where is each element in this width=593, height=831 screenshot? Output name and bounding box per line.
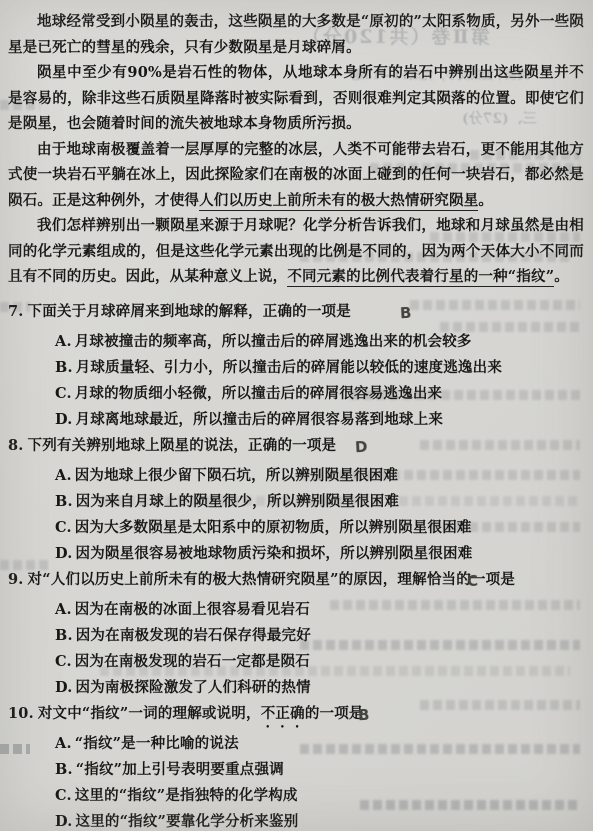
option-label: B.	[55, 493, 73, 510]
option-text: 月球质量轻、引力小，所以撞击后的碎屑能以较低的速度逃逸出来	[76, 359, 502, 376]
question-9-stem: 9.对“人们以历史上前所未有的极大热情研究陨星”的原因，理解恰当的一项是C	[8, 567, 584, 597]
option-d: D.月球离地球最近，所以撞击后的碎屑很容易落到地球上来	[8, 407, 584, 433]
option-c: C.因为大多数陨星是太阳系中的原初物质，所以辨别陨星很困难	[8, 515, 584, 541]
handwritten-answer: C	[466, 567, 479, 594]
question-number: 10.	[8, 705, 34, 722]
paragraph-text: 。	[478, 192, 493, 209]
option-c: C.因为在南极发现的岩石一定都是陨石	[8, 649, 584, 675]
option-text: 因为地球上很少留下陨石坑，所以辨别陨星很困难	[75, 467, 398, 484]
paragraph-text: 。	[554, 268, 569, 285]
option-b: B.月球质量轻、引力小，所以撞击后的碎屑能以较低的速度逃逸出来	[8, 355, 584, 381]
option-text: 因为来自月球上的陨星很少，所以辨别陨星很困难	[76, 493, 399, 510]
handwritten-answer: B	[399, 299, 412, 326]
option-c: C.这里的“指纹”是指独特的化学构成	[8, 783, 584, 809]
option-text: “指纹”是一种比喻的说法	[75, 735, 239, 752]
underlined-text: 人们以历史上前所未有的极大热情研究陨星	[199, 192, 478, 211]
option-label: A.	[55, 735, 72, 752]
option-label: B.	[55, 627, 73, 644]
option-text: 这里的“指纹”要靠化学分析来鉴别	[76, 813, 299, 830]
option-label: B.	[55, 761, 73, 778]
question-9: 9.对“人们以历史上前所未有的极大热情研究陨星”的原因，理解恰当的一项是C A.…	[8, 567, 584, 701]
passage-paragraph-3: 由于地球南极覆盖着一层厚厚的完整的冰层，人类不可能带去岩石，更不能用其他方式使一…	[8, 137, 584, 214]
question-number: 7.	[8, 303, 24, 320]
option-text: 月球被撞击的频率高，所以撞击后的碎屑逃逸出来的机会较多	[75, 333, 472, 350]
option-label: D.	[55, 813, 73, 830]
underlined-text: 不同元素的比例代表着行星的一种“指纹”	[287, 268, 554, 287]
option-d: D.因为南极探险激发了人们科研的热情	[8, 675, 584, 701]
passage-paragraph-2: 陨星中至少有90%是岩石性的物体，从地球本身所有的岩石中辨别出这些陨星并不是容易…	[8, 60, 584, 137]
option-label: B.	[55, 359, 73, 376]
option-label: C.	[55, 787, 72, 804]
question-10-stem: 10.对文中“指纹”一词的理解或说明，不正确的一项是B	[8, 701, 584, 731]
option-c: C.月球的物质细小轻微，所以撞击后的碎屑很容易逃逸出来	[8, 381, 584, 407]
exam-page-content: 地球经常受到小陨星的轰击，这些陨星的大多数是“原初的”太阳系物质，另外一些陨星是…	[0, 0, 593, 831]
option-text: 因为南极探险激发了人们科研的热情	[76, 679, 311, 696]
question-stem-text: 对“人们以历史上前所未有的极大热情研究陨星”的原因，理解恰当的一项是	[28, 571, 515, 588]
option-text: 月球离地球最近，所以撞击后的碎屑很容易落到地球上来	[76, 411, 444, 428]
option-text: 月球的物质细小轻微，所以撞击后的碎屑很容易逃逸出来	[75, 385, 443, 402]
option-label: D.	[55, 679, 73, 696]
question-7: 7.下面关于月球碎屑来到地球的解释，正确的一项是B A.月球被撞击的频率高，所以…	[8, 299, 584, 433]
handwritten-answer: D	[354, 433, 368, 460]
question-stem-text: 的一项是	[305, 705, 364, 722]
option-a: A.因为地球上很少留下陨石坑，所以辨别陨星很困难	[8, 463, 584, 489]
question-10: 10.对文中“指纹”一词的理解或说明，不正确的一项是B A.“指纹”是一种比喻的…	[8, 701, 584, 831]
passage-paragraph-4: 我们怎样辨别出一颗陨星来源于月球呢？化学分析告诉我们，地球和月球虽然是由相同的化…	[8, 213, 584, 290]
paragraph-text: 陨星中至少有90%是岩石性的物体，从地球本身所有的岩石中辨别出这些陨星并不是容易…	[8, 64, 584, 132]
option-a: A.因为在南极的冰面上很容易看见岩石	[8, 597, 584, 623]
option-label: C.	[55, 653, 72, 670]
question-8-stem: 8.下列有关辨别地球上陨星的说法，正确的一项是D	[8, 433, 584, 463]
option-label: D.	[55, 545, 73, 562]
option-text: 这里的“指纹”是指独特的化学构成	[75, 787, 298, 804]
option-a: A.月球被撞击的频率高，所以撞击后的碎屑逃逸出来的机会较多	[8, 329, 584, 355]
handwritten-answer: B	[357, 701, 370, 728]
option-label: C.	[55, 385, 72, 402]
option-b: B.“指纹”加上引号表明要重点强调	[8, 757, 584, 783]
passage-paragraph-1: 地球经常受到小陨星的轰击，这些陨星的大多数是“原初的”太阳系物质，另外一些陨星是…	[8, 9, 584, 60]
option-text: 因为大多数陨星是太阳系中的原初物质，所以辨别陨星很困难	[75, 519, 472, 536]
questions-section: 7.下面关于月球碎屑来到地球的解释，正确的一项是B A.月球被撞击的频率高，所以…	[8, 299, 584, 831]
paragraph-text: 地球经常受到小陨星的轰击，这些陨星的大多数是“原初的”太阳系物质，另外一些陨星是…	[8, 13, 584, 56]
emphasized-text: 不正确	[261, 705, 305, 722]
option-text: 因为在南极的冰面上很容易看见岩石	[75, 601, 310, 618]
question-stem-text: 下面关于月球碎屑来到地球的解释，正确的一项是	[28, 303, 351, 320]
option-b: B.因为在南极发现的岩石保存得最完好	[8, 623, 584, 649]
option-label: A.	[55, 467, 72, 484]
option-label: A.	[55, 601, 72, 618]
question-stem-text: 对文中“指纹”一词的理解或说明，	[38, 705, 261, 722]
option-label: A.	[55, 333, 72, 350]
option-label: C.	[55, 519, 72, 536]
option-text: 因为陨星很容易被地球物质污染和损坏，所以辨别陨星很困难	[76, 545, 473, 562]
question-7-stem: 7.下面关于月球碎屑来到地球的解释，正确的一项是B	[8, 299, 584, 329]
option-d: D.因为陨星很容易被地球物质污染和损坏，所以辨别陨星很困难	[8, 541, 584, 567]
option-label: D.	[55, 411, 73, 428]
question-stem-text: 下列有关辨别地球上陨星的说法，正确的一项是	[28, 437, 337, 454]
question-number: 8.	[8, 437, 24, 454]
question-number: 9.	[8, 571, 24, 588]
option-text: 因为在南极发现的岩石一定都是陨石	[75, 653, 310, 670]
option-b: B.因为来自月球上的陨星很少，所以辨别陨星很困难	[8, 489, 584, 515]
option-text: “指纹”加上引号表明要重点强调	[76, 761, 284, 778]
question-8: 8.下列有关辨别地球上陨星的说法，正确的一项是D A.因为地球上很少留下陨石坑，…	[8, 433, 584, 567]
option-d: D.这里的“指纹”要靠化学分析来鉴别	[8, 809, 584, 831]
option-text: 因为在南极发现的岩石保存得最完好	[76, 627, 311, 644]
option-a: A.“指纹”是一种比喻的说法	[8, 731, 584, 757]
